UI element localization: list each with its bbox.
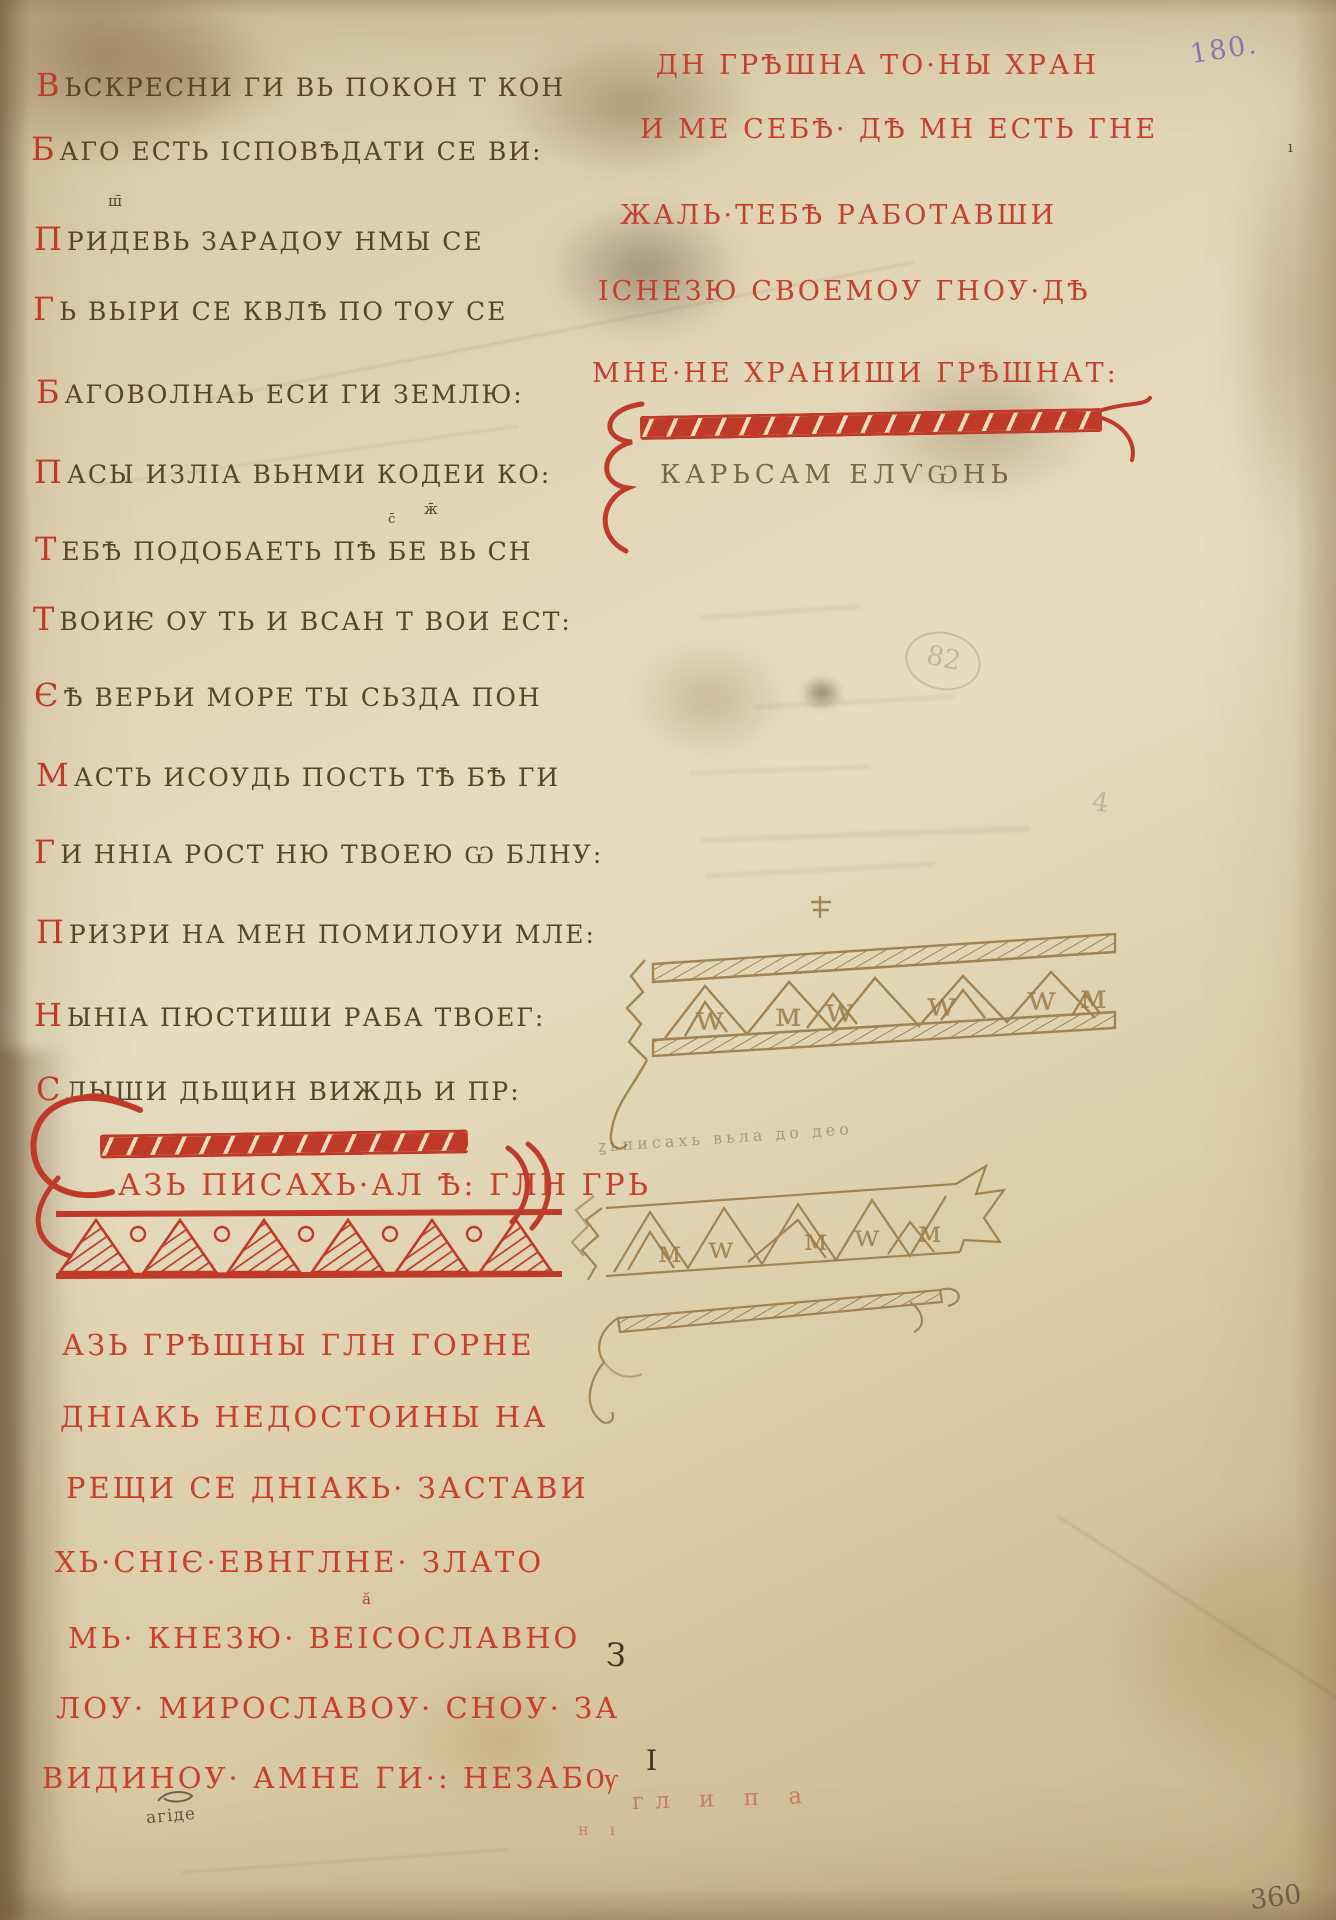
line-text: АСЫ ИЗЛІА ВЬНМИ КОДЕИ КО: bbox=[67, 460, 551, 489]
right-red-line: И МЕ СЕБѢ· ДѢ МН ЕСТЬ ГНЕ bbox=[640, 114, 1158, 145]
colophon-line: МЬ· КНЕЗЮ· ВЕІСОСЛАВНО bbox=[68, 1621, 580, 1655]
corner-number: 360 bbox=[1248, 1879, 1303, 1916]
line-initial: М bbox=[36, 756, 71, 794]
folio-number: 180. bbox=[1188, 29, 1260, 70]
manuscript-page: 180. ВЬСКРЕСНИ ГИ ВЬ ПОКОН Т КОН БАГО ЕС… bbox=[0, 0, 1336, 1920]
colophon-line: ЛОУ· МИРОСЛАВОУ· СНОУ· ЗА bbox=[56, 1691, 620, 1725]
colophon-line: ВИДИНОУ· АМНЕ ГИ·: НЕЗАБѸ bbox=[42, 1761, 621, 1796]
svg-text:w: w bbox=[708, 1231, 734, 1266]
superscript-mark: ӑ bbox=[362, 1590, 371, 1608]
superscript-mark: ш̄ bbox=[108, 192, 122, 210]
pencil-note: агіде bbox=[145, 1804, 197, 1828]
superscript-mark: ж̄ bbox=[424, 500, 438, 518]
line-initial: П bbox=[36, 913, 66, 951]
svg-text:w: w bbox=[927, 985, 956, 1025]
line-initial: Г bbox=[33, 290, 56, 328]
manuscript-line: БАГО ЕСТЬ ІСПОВѢДАТИ СЕ ВИ: bbox=[31, 130, 543, 168]
line-initial: Г bbox=[34, 833, 57, 871]
line-text: АГОВОЛНАЬ ЕСИ ГИ ЗЕМЛЮ: bbox=[65, 380, 524, 409]
manuscript-line: ГЬ ВЬІРИ СЕ КВЛѢ ПО ТОУ СЕ bbox=[33, 290, 507, 328]
manuscript-line: ЄѢ ВЕРЬИ МОРЕ ТЫ СЬЗДА ПОН bbox=[34, 676, 542, 714]
line-text: ВОИѤ ОУ ТЬ И ВСАН Т ВОИ ЕСТ: bbox=[59, 607, 571, 636]
stain-right-margin bbox=[1230, 120, 1336, 540]
stain-ink-blot bbox=[630, 640, 790, 760]
ghost-smudge bbox=[700, 604, 860, 619]
manuscript-line: ГИ ННІА РОСТ НЮ ТВОЕЮ Ѡ БЛНУ: bbox=[34, 833, 603, 871]
manuscript-line: МАСТЬ ИСОУДЬ ПОСТЬ ТѢ БѢ ГИ bbox=[36, 756, 560, 794]
red-zigzag-band bbox=[56, 1210, 562, 1280]
svg-text:м: м bbox=[804, 1223, 827, 1258]
line-text: Ѣ ВЕРЬИ МОРЕ ТЫ СЬЗДА ПОН bbox=[63, 683, 541, 712]
manuscript-line: ВЬСКРЕСНИ ГИ ВЬ ПОКОН Т КОН bbox=[36, 66, 565, 104]
ghost-number-text: 82 bbox=[923, 640, 963, 677]
manuscript-line: ТВОИѤ ОУ ТЬ И ВСАН Т ВОИ ЕСТ: bbox=[33, 600, 572, 638]
line-text: АСТЬ ИСОУДЬ ПОСТЬ ТѢ БѢ ГИ bbox=[74, 763, 560, 792]
sketch-band-2: мw мw м bbox=[558, 1150, 1018, 1460]
line-text: ЕБѢ ПОДОБАЕТЬ ПѢ БЕ ВЬ СН bbox=[61, 537, 532, 566]
section-heading: КАРЬСАМ ЕЛѴѠНЬ bbox=[660, 460, 1013, 490]
line-text: РИЗРИ НА МЕН ПОМИЛОУИ МЛЕ: bbox=[69, 920, 596, 949]
superscript-mark: с̄ bbox=[388, 512, 395, 527]
pencil-squiggle bbox=[152, 1788, 204, 1806]
line-initial: П bbox=[34, 453, 64, 491]
line-text: ЬСКРЕСНИ ГИ ВЬ ПОКОН Т КОН bbox=[65, 73, 566, 102]
manuscript-line: ТЕБѢ ПОДОБАЕТЬ ПѢ БЕ ВЬ СН bbox=[35, 530, 533, 568]
line-initial: Т bbox=[35, 530, 58, 568]
svg-text:м: м bbox=[658, 1235, 681, 1270]
colophon-line: ХЬ·СНІЄ·ЕВНГЛНЕ· ЗЛАТО bbox=[55, 1545, 544, 1579]
right-red-line: ЖАЛЬ·ТЕБѢ РАБОТАВШИ bbox=[620, 200, 1057, 231]
colophon-line: ДНІАКЬ НЕДОСТОИНЫ НА bbox=[60, 1400, 548, 1434]
line-text: И ННІА РОСТ НЮ ТВОЕЮ Ѡ БЛНУ: bbox=[60, 840, 603, 869]
ghost-smudge bbox=[700, 826, 1030, 843]
sketch-band-1: wм ww wм bbox=[575, 890, 1155, 1170]
ghost-smudge bbox=[690, 765, 870, 775]
line-initial: Б bbox=[31, 130, 57, 168]
manuscript-line: ПРИЗРИ НА МЕН ПОМИЛОУИ МЛЕ: bbox=[36, 913, 596, 951]
line-initial: В bbox=[36, 66, 62, 104]
line-initial: Т bbox=[33, 600, 56, 638]
faint-red-offset-letters-2: н ı bbox=[578, 1820, 623, 1839]
line-initial: П bbox=[34, 220, 64, 258]
svg-text:м: м bbox=[1080, 977, 1106, 1017]
line-text: РИДЕВЬ ЗАРАДОУ НМЫ СЕ bbox=[67, 227, 484, 256]
ink-stroke: І bbox=[646, 1744, 657, 1777]
colophon-line: РЕЩИ СЕ ДНІАКЬ· ЗАСТАВИ bbox=[66, 1471, 589, 1505]
line-text: АГО ЕСТЬ ІСПОВѢДАТИ СЕ ВИ: bbox=[60, 137, 543, 166]
superscript-mark: ı bbox=[1288, 138, 1293, 156]
svg-text:w: w bbox=[825, 991, 854, 1031]
svg-text:м: м bbox=[775, 995, 801, 1035]
svg-text:w: w bbox=[854, 1219, 880, 1254]
line-text: ЫНІА ПЮСТИШИ РАБА ТВОЕГ: bbox=[67, 1003, 545, 1032]
manuscript-line: ПРИДЕВЬ ЗАРАДОУ НМЫ СЕ bbox=[34, 220, 484, 258]
ghost-smudge bbox=[705, 862, 935, 878]
svg-text:w: w bbox=[695, 999, 724, 1039]
right-rope-left-flourish bbox=[580, 396, 650, 561]
line-initial: Б bbox=[36, 373, 62, 411]
manuscript-line: НЫНІА ПЮСТИШИ РАБА ТВОЕГ: bbox=[34, 996, 545, 1034]
line-initial: Н bbox=[34, 996, 64, 1034]
manuscript-line: БАГОВОЛНАЬ ЕСИ ГИ ЗЕМЛЮ: bbox=[36, 373, 524, 411]
ghost-numeral: 4 bbox=[1090, 787, 1111, 819]
svg-text:м: м bbox=[918, 1215, 941, 1250]
manuscript-line: ПАСЫ ИЗЛІА ВЬНМИ КОДЕИ КО: bbox=[34, 453, 551, 491]
right-red-line: ДН ГРѢШНА ТО·НЫ ХРАН bbox=[656, 50, 1099, 81]
right-rope-right-flourish bbox=[1098, 396, 1154, 466]
stain-bottom-right bbox=[1090, 1500, 1336, 1780]
colophon-line: АЗЬ ГРѢШНЫ ГЛН ГОРНЕ bbox=[62, 1328, 535, 1362]
ink-numeral-3: З bbox=[605, 1635, 628, 1674]
line-initial: Є bbox=[34, 676, 60, 714]
crease-bottom-left bbox=[180, 1848, 509, 1873]
faint-red-offset-letters: гл и п а bbox=[632, 1783, 814, 1815]
bottom-edge-shadow bbox=[0, 1886, 1336, 1920]
svg-text:w: w bbox=[1027, 979, 1056, 1019]
line-text: Ь ВЬІРИ СЕ КВЛѢ ПО ТОУ СЕ bbox=[59, 297, 507, 326]
ghost-circled-number: 82 bbox=[900, 625, 986, 698]
right-red-line: МНЕ·НЕ ХРАНИШИ ГРѢШНАТ: bbox=[592, 358, 1119, 389]
right-red-line: ІСНЕЗЮ СВОЕМОУ ГНОУ·ДѢ bbox=[598, 276, 1091, 307]
